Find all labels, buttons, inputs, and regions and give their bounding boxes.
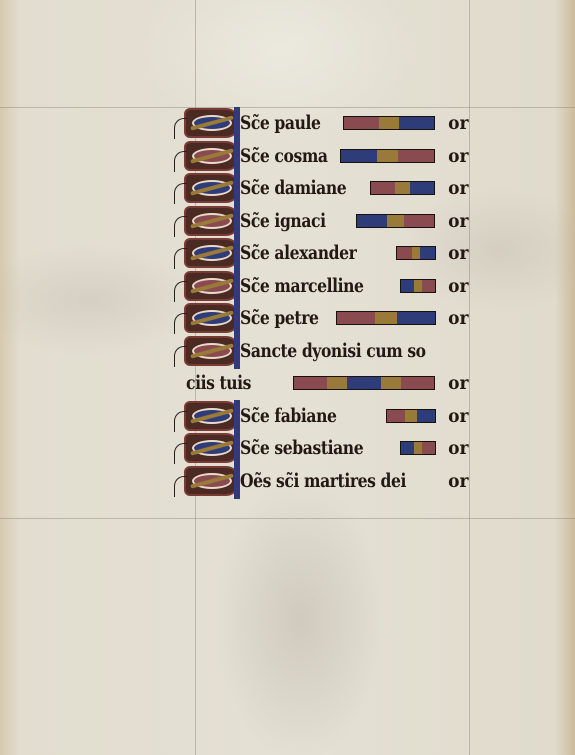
litany-line: Sc̃e cosmaor — [178, 141, 478, 171]
line-filler-ornament — [400, 279, 436, 293]
litany-line: Sc̃e alexanderor — [178, 238, 478, 268]
litany-invocation: Oẽs sc̃i martires dei — [240, 470, 406, 492]
decorated-initial-icon — [184, 336, 240, 366]
litany-line: Sc̃e marcellineor — [178, 271, 478, 301]
decorated-initial-icon — [184, 206, 240, 236]
line-filler-ornament — [396, 246, 436, 260]
line-filler-ornament — [343, 116, 435, 130]
response-ora: or — [448, 210, 468, 232]
decorated-initial-icon — [184, 271, 240, 301]
line-filler-ornament — [370, 181, 435, 195]
decorated-initial-icon — [184, 238, 240, 268]
litany-line: Sc̃e damianeor — [178, 173, 478, 203]
line-filler-ornament — [340, 149, 435, 163]
decorated-initial-icon — [184, 433, 240, 463]
litany-invocation: ciis tuis — [186, 372, 251, 394]
litany-line: Oẽs sc̃i martires deior — [178, 466, 478, 496]
response-ora: or — [448, 145, 468, 167]
line-filler-ornament — [293, 376, 435, 390]
litany-invocation: Sancte dyonisi cum so — [240, 340, 426, 362]
line-filler-ornament — [356, 214, 435, 228]
litany-line: Sc̃e pauleor — [178, 108, 478, 138]
litany-line: Sc̃e fabianeor — [178, 401, 478, 431]
litany-line: Sancte dyonisi cum so — [178, 336, 478, 366]
litany-invocation: Sc̃e petre — [240, 307, 319, 329]
response-ora: or — [448, 307, 468, 329]
response-ora: or — [448, 437, 468, 459]
response-ora: or — [448, 405, 468, 427]
litany-invocation: Sc̃e paule — [240, 112, 321, 134]
litany-line: Sc̃e ignacior — [178, 206, 478, 236]
response-ora: or — [448, 242, 468, 264]
litany-line: Sc̃e sebastianeor — [178, 433, 478, 463]
line-filler-ornament — [400, 441, 436, 455]
decorated-initial-icon — [184, 401, 240, 431]
litany-invocation: Sc̃e alexander — [240, 242, 356, 264]
decorated-initial-icon — [184, 108, 240, 138]
litany-invocation: Sc̃e ignaci — [240, 210, 326, 232]
decorated-initial-icon — [184, 466, 240, 496]
litany-invocation: Sc̃e fabiane — [240, 405, 337, 427]
response-ora: or — [448, 470, 468, 492]
litany-invocation: Sc̃e damiane — [240, 177, 346, 199]
response-ora: or — [448, 275, 468, 297]
response-ora: or — [448, 112, 468, 134]
decorated-initial-icon — [184, 141, 240, 171]
decorated-initial-icon — [184, 173, 240, 203]
litany-line: Sc̃e petreor — [178, 303, 478, 333]
litany-line: ciis tuisor — [178, 368, 478, 398]
line-filler-ornament — [386, 409, 436, 423]
response-ora: or — [448, 372, 468, 394]
litany-invocation: Sc̃e marcelline — [240, 275, 364, 297]
ruling-line-bottom — [0, 518, 575, 519]
litany-invocation: Sc̃e cosma — [240, 145, 328, 167]
decorated-initial-icon — [184, 303, 240, 333]
litany-invocation: Sc̃e sebastiane — [240, 437, 363, 459]
line-filler-ornament — [336, 311, 436, 325]
response-ora: or — [448, 177, 468, 199]
